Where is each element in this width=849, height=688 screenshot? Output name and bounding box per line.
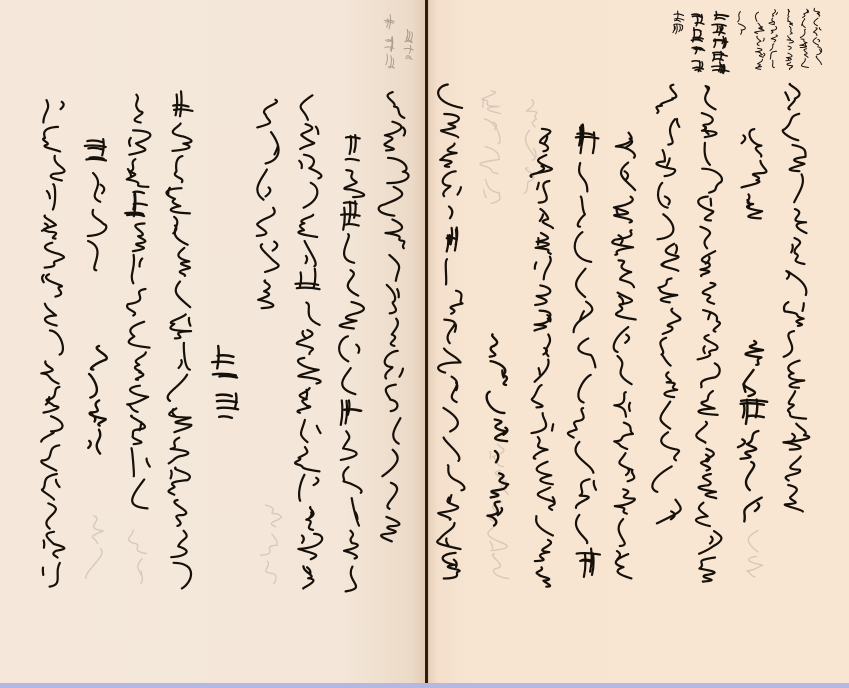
gutter-page-edge <box>428 0 429 683</box>
text-column: 人の花つみしける所にまかりて <box>337 133 363 593</box>
calligraphy-strokes <box>384 13 396 73</box>
calligraphy-strokes <box>691 12 705 75</box>
calligraphy-strokes <box>255 93 281 310</box>
calligraphy-strokes <box>572 123 600 580</box>
calligraphy-strokes <box>736 10 746 35</box>
text-column: のもとにいへをたつねてつかはせりける <box>530 127 556 588</box>
text-column: つかはしける <box>255 93 281 310</box>
bleed-through-ghost <box>128 525 148 585</box>
calligraphy-strokes <box>769 8 779 68</box>
calligraphy-strokes <box>738 335 768 523</box>
faint-marginal-note: 恋一 <box>404 28 414 60</box>
calligraphy-strokes <box>39 95 65 588</box>
calligraphy-strokes <box>478 85 502 205</box>
text-column: くさのはつかにみえしきみはも <box>380 87 406 543</box>
calligraphy-strokes <box>295 92 321 590</box>
calligraphy-strokes <box>84 510 106 580</box>
calligraphy-strokes <box>711 10 729 75</box>
calligraphy-strokes <box>125 92 151 510</box>
calligraphy-strokes <box>782 80 808 513</box>
text-column: たよりにもあらぬおもひのあやしきは <box>39 95 65 588</box>
calligraphy-strokes <box>438 80 464 580</box>
author-column: もとかた <box>83 343 107 455</box>
calligraphy-strokes <box>404 28 414 60</box>
text-column: そこなりける人のもとにのちによみて <box>295 92 321 590</box>
calligraphy-strokes <box>167 90 193 590</box>
marginal-note: ノカヌヤト <box>755 10 765 70</box>
marginal-note: コヱヲルヽオホ <box>785 8 795 70</box>
bleed-through-ghost <box>745 528 765 578</box>
calligraphy-strokes <box>740 127 766 220</box>
text-column: あやなくけふやなかめくらさん <box>782 80 808 513</box>
calligraphy-strokes <box>755 10 765 70</box>
author-note-narihira: 業平右中将 <box>711 10 729 75</box>
marginal-note: 時見 <box>672 10 684 35</box>
calligraphy-strokes <box>530 127 556 588</box>
calligraphy-strokes <box>745 528 765 578</box>
text-column: かへし <box>740 127 766 220</box>
calligraphy-strokes <box>83 343 107 455</box>
calligraphy-strokes <box>128 525 148 585</box>
marginal-note: アリ <box>736 10 746 35</box>
calligraphy-strokes <box>209 345 241 425</box>
faint-marginal-note: 古今集 <box>384 13 396 73</box>
text-column: しるしらぬなにかあやなくわきていはん <box>695 83 721 583</box>
text-column: おもひのみこそしるへなりけれ <box>655 83 681 525</box>
text-column: かすかのゝ雪まをわけておひいてくる <box>438 80 464 580</box>
text-column: かすかのまつりにまかれりける <box>612 127 638 580</box>
calligraphy-strokes <box>612 127 638 580</box>
marginal-note: ツカナキノケウ <box>769 8 779 68</box>
calligraphy-strokes <box>83 135 107 272</box>
calligraphy-strokes <box>655 83 681 525</box>
author-column: よみ人しらす <box>738 335 768 523</box>
text-column: みてし人こそこひしかりけれ <box>125 92 151 510</box>
scanner-background-strip <box>0 683 849 688</box>
calligraphy-strokes <box>258 500 282 585</box>
author-column: 貫之 <box>209 345 241 425</box>
text-column: 山さくらかすみのまよりほのかにも <box>167 90 193 590</box>
bleed-through-ghost <box>258 500 282 585</box>
bleed-through-ghost <box>84 510 106 580</box>
bleed-through-ghost <box>478 85 502 205</box>
calligraphy-strokes <box>695 83 721 583</box>
calligraphy-strokes <box>484 330 510 527</box>
calligraphy-strokes <box>337 133 363 593</box>
author-note-office: 元右近将 <box>691 12 705 75</box>
text-column: 時にものみにいてたりける女 <box>572 123 600 580</box>
marginal-note: ミモミテモタ <box>812 7 822 65</box>
calligraphy-strokes <box>672 10 684 35</box>
calligraphy-strokes <box>380 87 406 543</box>
marginal-note: レドニリキカ <box>799 8 809 68</box>
text-column: 題しらす <box>83 135 107 272</box>
open-book: ミモミテモタ レドニリキカ コヱヲルヽオホ ツカナキノケウ ノカヌヤト アリ 業… <box>0 0 849 688</box>
calligraphy-strokes <box>785 8 795 70</box>
calligraphy-strokes <box>812 7 822 65</box>
author-column: みふのたゝみね <box>484 330 510 527</box>
calligraphy-strokes <box>799 8 809 68</box>
